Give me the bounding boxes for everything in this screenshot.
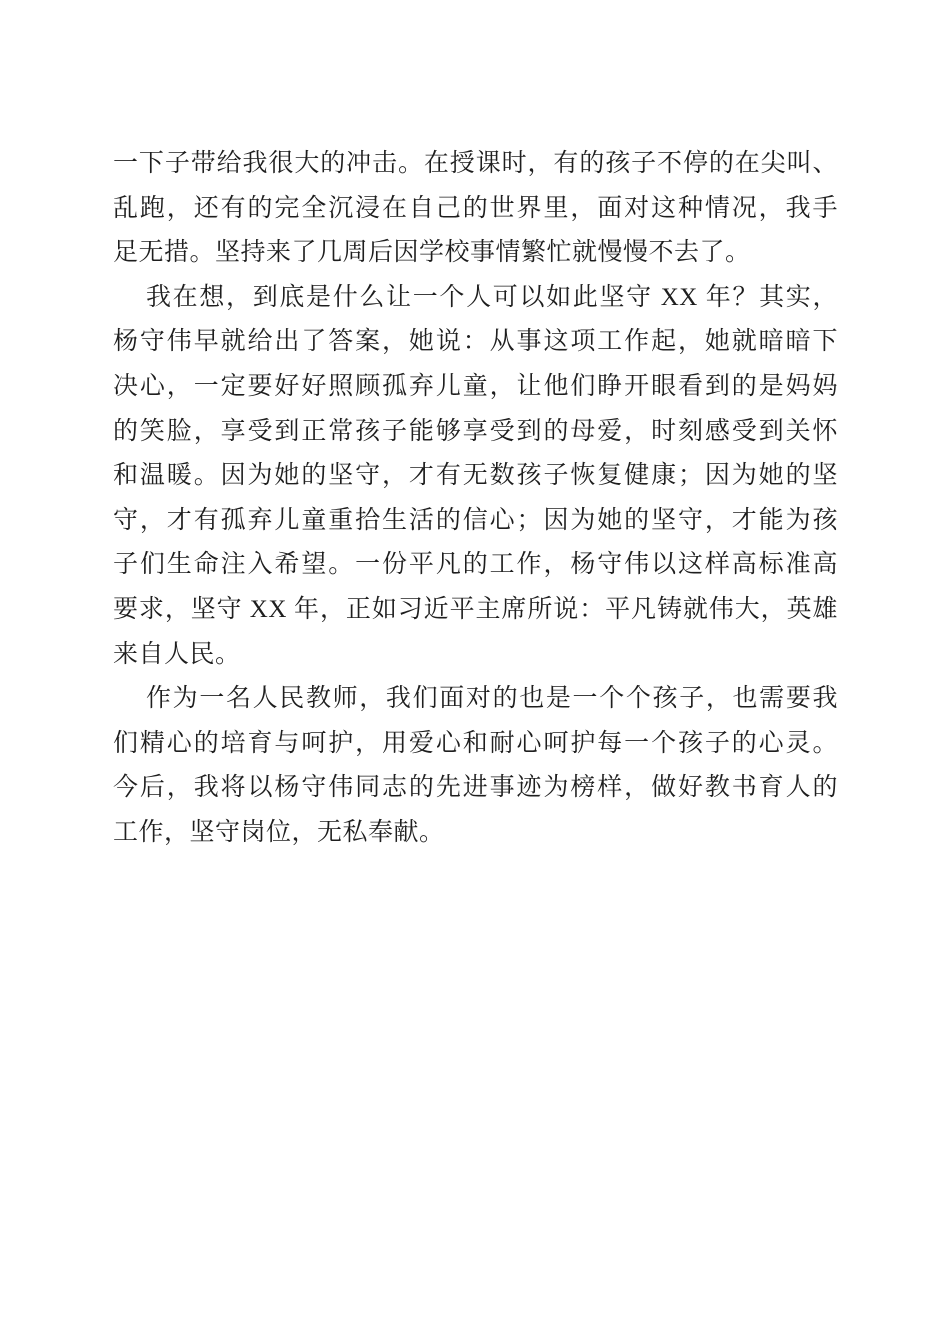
text-line: 杨守伟早就给出了答案，她说：从事这项工作起，她就暗暗下 xyxy=(113,320,838,365)
text-line: 决心，一定要好好照顾孤弃儿童，让他们睁开眼看到的是妈妈 xyxy=(113,365,838,410)
text-line: 作为一名人民教师，我们面对的也是一个个孩子，也需要我 xyxy=(113,677,838,722)
text-line: 一下子带给我很大的冲击。在授课时，有的孩子不停的在尖叫、 xyxy=(113,142,838,187)
text-line: 来自人民。 xyxy=(113,633,838,678)
text-line: 守，才有孤弃儿童重拾生活的信心；因为她的坚守，才能为孩 xyxy=(113,499,838,544)
text-line: 子们生命注入希望。一份平凡的工作，杨守伟以这样高标准高 xyxy=(113,543,838,588)
text-line: 的笑脸，享受到正常孩子能够享受到的母爱，时刻感受到关怀 xyxy=(113,410,838,455)
text-line: 我在想，到底是什么让一个人可以如此坚守 XX 年？其实， xyxy=(113,276,838,321)
text-line: 们精心的培育与呵护，用爱心和耐心呵护每一个孩子的心灵。 xyxy=(113,722,838,767)
text-line: 乱跑，还有的完全沉浸在自己的世界里，面对这种情况，我手 xyxy=(113,187,838,232)
text-line: 工作，坚守岗位，无私奉献。 xyxy=(113,811,838,856)
text-line: 足无措。坚持来了几周后因学校事情繁忙就慢慢不去了。 xyxy=(113,231,838,276)
text-line: 和温暖。因为她的坚守，才有无数孩子恢复健康；因为她的坚 xyxy=(113,454,838,499)
document-body: 一下子带给我很大的冲击。在授课时，有的孩子不停的在尖叫、乱跑，还有的完全沉浸在自… xyxy=(113,142,838,856)
text-line: 今后，我将以杨守伟同志的先进事迹为榜样，做好教书育人的 xyxy=(113,766,838,811)
text-line: 要求，坚守 XX 年，正如习近平主席所说：平凡铸就伟大，英雄 xyxy=(113,588,838,633)
document-page: 一下子带给我很大的冲击。在授课时，有的孩子不停的在尖叫、乱跑，还有的完全沉浸在自… xyxy=(0,0,950,1344)
